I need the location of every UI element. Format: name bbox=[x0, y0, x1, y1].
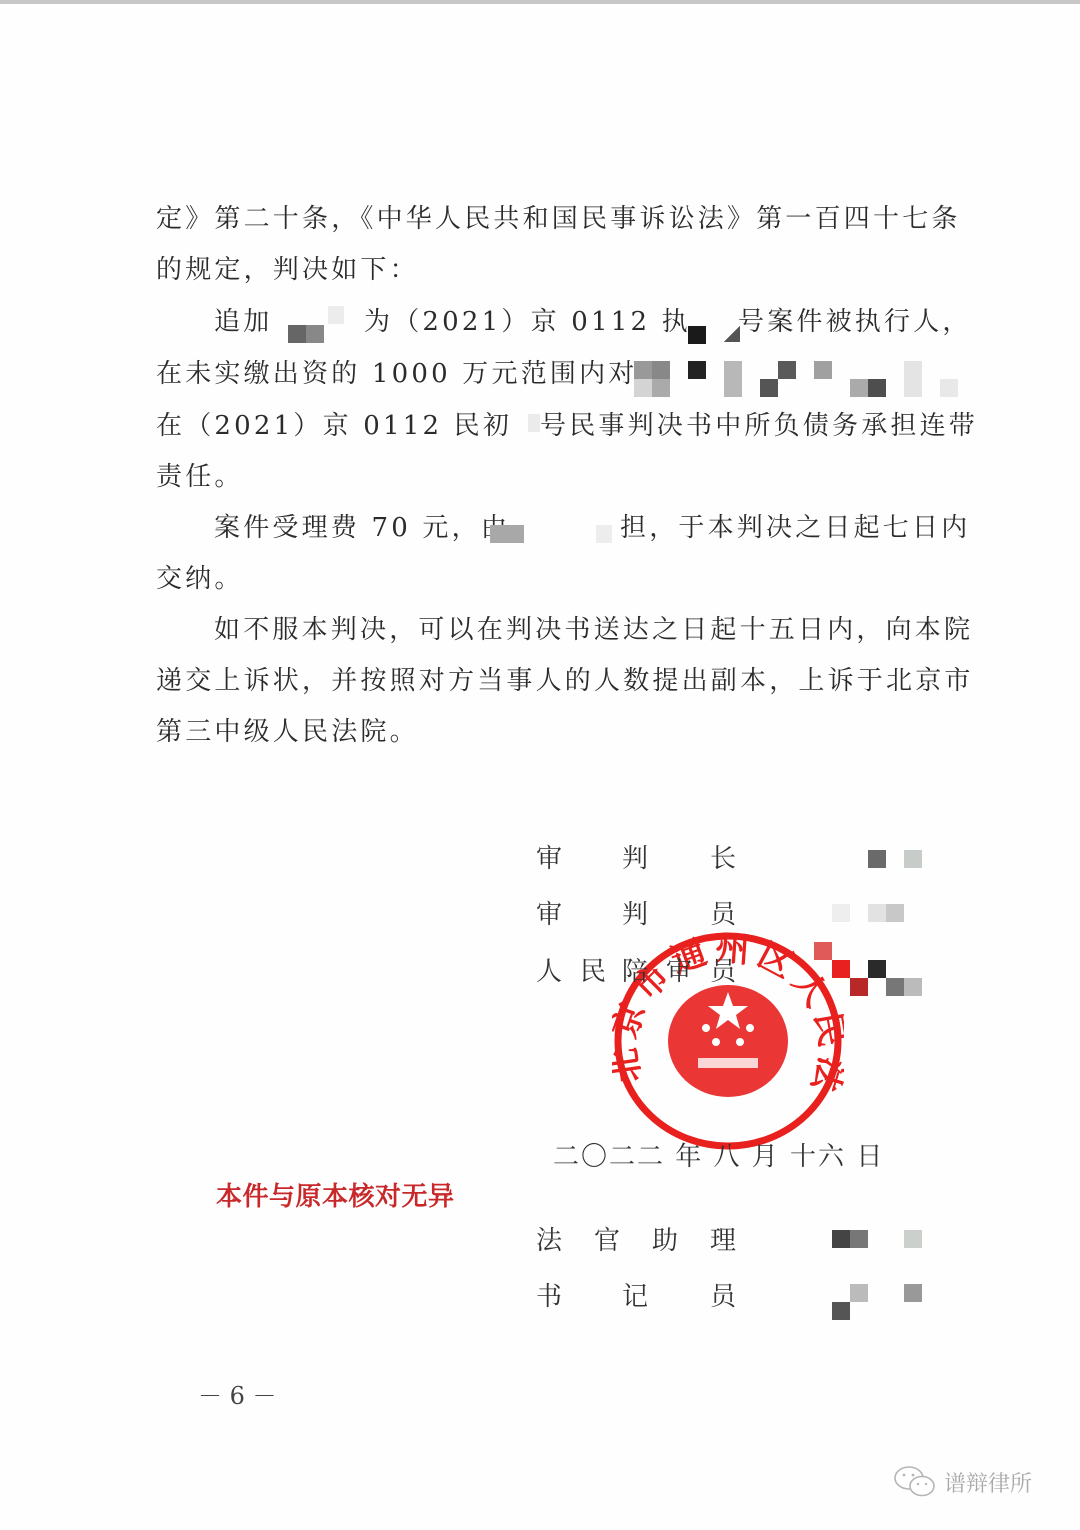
redaction-mosaic bbox=[904, 361, 922, 397]
redaction-mosaic bbox=[688, 361, 706, 379]
watermark-text: 谱辩律所 bbox=[944, 1467, 1032, 1498]
body-line-3b: 为（2021）京 0112 执 bbox=[364, 301, 691, 338]
redaction-mosaic bbox=[904, 1230, 922, 1248]
watermark: 谱辩律所 bbox=[892, 1465, 1032, 1499]
redaction-mosaic bbox=[868, 379, 886, 397]
top-border bbox=[0, 0, 1080, 4]
redaction-mosaic bbox=[528, 414, 540, 432]
redaction-mosaic bbox=[724, 361, 742, 397]
redaction-mosaic bbox=[814, 942, 832, 960]
body-line-3c: 号案件被执行人， bbox=[738, 301, 972, 338]
certified-copy-stamp: 本件与原本核对无异 bbox=[216, 1176, 455, 1213]
redaction-mosaic bbox=[886, 978, 922, 996]
redaction-mosaic bbox=[724, 326, 740, 342]
redaction-mosaic bbox=[634, 361, 670, 379]
body-line-7a: 案件受理费 70 元，由 bbox=[214, 507, 510, 544]
redaction-mosaic bbox=[760, 379, 778, 397]
body-line-7b: 担，于本判决之日起七日内 bbox=[620, 507, 970, 544]
redaction-mosaic bbox=[940, 379, 958, 397]
redaction-mosaic bbox=[850, 379, 868, 397]
redaction-mosaic bbox=[832, 960, 850, 978]
redaction-mosaic bbox=[850, 1284, 868, 1302]
redaction-mosaic bbox=[328, 306, 344, 324]
redaction-mosaic bbox=[868, 904, 904, 922]
redaction-mosaic bbox=[904, 1284, 922, 1302]
redaction-mosaic bbox=[778, 361, 796, 379]
body-line-2: 的规定，判决如下： bbox=[156, 249, 419, 286]
redaction-mosaic bbox=[832, 904, 850, 922]
body-line-8: 交纳。 bbox=[156, 558, 244, 595]
body-line-9: 如不服本判决，可以在判决书送达之日起十五日内，向本院 bbox=[214, 609, 973, 646]
body-line-6: 责任。 bbox=[156, 456, 244, 493]
redaction-mosaic bbox=[490, 525, 524, 543]
body-line-5b: 号民事判决书中所负债务承担连带 bbox=[540, 405, 978, 442]
redaction-mosaic bbox=[832, 1302, 850, 1320]
redaction-mosaic bbox=[814, 361, 832, 379]
redaction-mosaic bbox=[288, 325, 324, 343]
redaction-mosaic bbox=[688, 326, 706, 344]
wechat-icon bbox=[892, 1465, 938, 1499]
redaction-mosaic bbox=[868, 850, 886, 868]
body-line-4: 在未实缴出资的 1000 万元范围内对 bbox=[156, 353, 638, 390]
body-line-3a: 追加 bbox=[214, 301, 272, 338]
body-line-10: 递交上诉状，并按照对方当事人的人数提出副本，上诉于北京市 bbox=[156, 660, 974, 697]
redaction-mosaic bbox=[850, 978, 868, 996]
redaction-mosaic bbox=[634, 379, 670, 397]
redaction-mosaic bbox=[596, 525, 612, 543]
body-line-1: 定》第二十条，《中华人民共和国民事诉讼法》第一百四十七条 bbox=[156, 198, 961, 235]
body-line-11: 第三中级人民法院。 bbox=[156, 711, 419, 748]
redaction-mosaic bbox=[904, 850, 922, 868]
judgment-date: 二〇二二 年 八 月 十六 日 bbox=[553, 1136, 884, 1173]
body-line-5a: 在（2021）京 0112 民初 bbox=[156, 405, 512, 442]
page-number: － 6 － bbox=[198, 1376, 277, 1411]
redaction-mosaic bbox=[832, 1230, 868, 1248]
redaction-mosaic bbox=[868, 960, 886, 978]
